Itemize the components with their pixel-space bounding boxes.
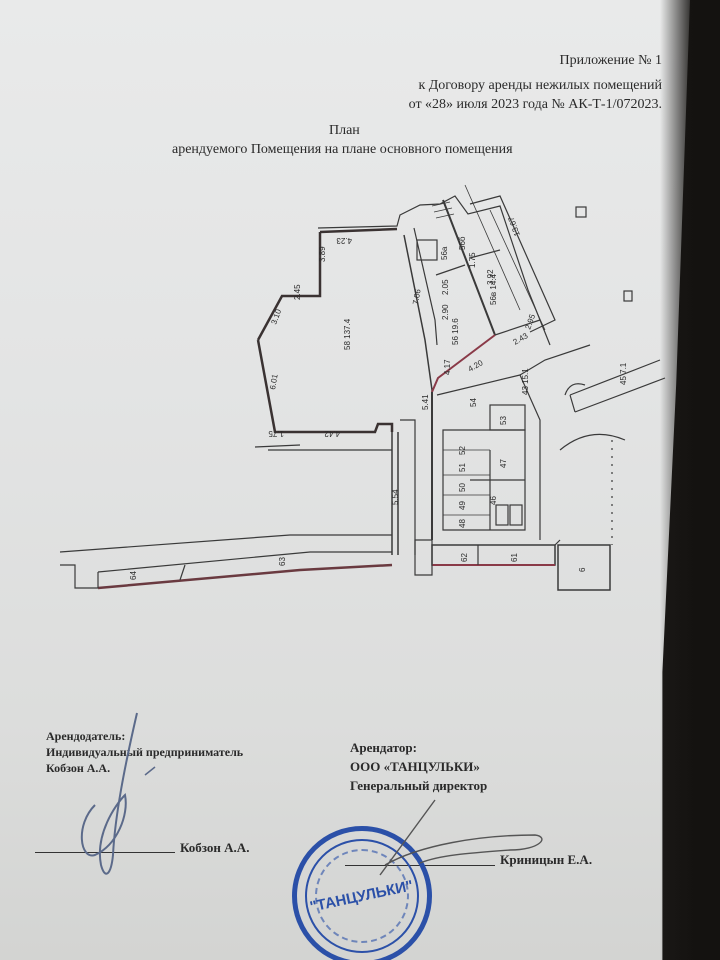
- svg-text:56а: 56а: [440, 246, 449, 260]
- tenant-role: Арендатор:: [350, 740, 417, 756]
- svg-text:4.42: 4.42: [324, 429, 340, 438]
- svg-text:3.89: 3.89: [318, 246, 327, 262]
- svg-text:4.23: 4.23: [336, 236, 352, 245]
- svg-text:53: 53: [499, 416, 508, 425]
- svg-text:47: 47: [499, 459, 508, 468]
- svg-text:61: 61: [510, 553, 519, 562]
- svg-text:13.67: 13.67: [506, 215, 521, 237]
- floor-plan: 58 137.4 56 19.6 56в 14.4 56а 56б 43 15.…: [0, 0, 720, 700]
- svg-text:4.20: 4.20: [467, 358, 485, 374]
- svg-text:48: 48: [458, 519, 467, 528]
- svg-text:56б: 56б: [458, 236, 467, 250]
- svg-text:5.41: 5.41: [421, 394, 430, 410]
- tenant-signature: [360, 795, 560, 895]
- svg-text:49: 49: [458, 501, 467, 510]
- svg-text:50: 50: [458, 483, 467, 492]
- svg-text:2.45: 2.45: [293, 284, 302, 300]
- svg-text:3.10: 3.10: [269, 307, 283, 325]
- svg-text:6.01: 6.01: [268, 373, 280, 390]
- svg-text:6: 6: [578, 567, 587, 572]
- landlord-signature-name: Кобзон А.А.: [180, 840, 249, 856]
- room-58-label: 58 137.4: [343, 318, 352, 350]
- svg-text:46: 46: [489, 496, 498, 505]
- svg-text:64: 64: [129, 571, 138, 580]
- landlord-signature: [55, 705, 165, 885]
- svg-text:7.06: 7.06: [411, 288, 423, 305]
- svg-text:51: 51: [458, 463, 467, 472]
- svg-text:4.17: 4.17: [443, 359, 452, 375]
- svg-text:1.75: 1.75: [468, 252, 477, 268]
- svg-text:2.43: 2.43: [512, 331, 530, 347]
- svg-text:56 19.6: 56 19.6: [451, 318, 460, 345]
- svg-text:52: 52: [458, 446, 467, 455]
- tenant-position: Генеральный директор: [350, 778, 487, 794]
- svg-text:54: 54: [469, 398, 478, 407]
- svg-text:62: 62: [460, 553, 469, 562]
- svg-text:45 7.1: 45 7.1: [619, 362, 628, 385]
- svg-text:3.92: 3.92: [486, 269, 495, 285]
- svg-text:2.05: 2.05: [441, 279, 450, 295]
- svg-text:43 15.1: 43 15.1: [521, 368, 530, 395]
- tenant-company: ООО «ТАНЦУЛЬКИ»: [350, 759, 480, 775]
- svg-text:5.54: 5.54: [391, 489, 400, 505]
- svg-text:63: 63: [278, 557, 287, 566]
- svg-text:1.75: 1.75: [268, 429, 284, 438]
- svg-text:2.90: 2.90: [441, 304, 450, 320]
